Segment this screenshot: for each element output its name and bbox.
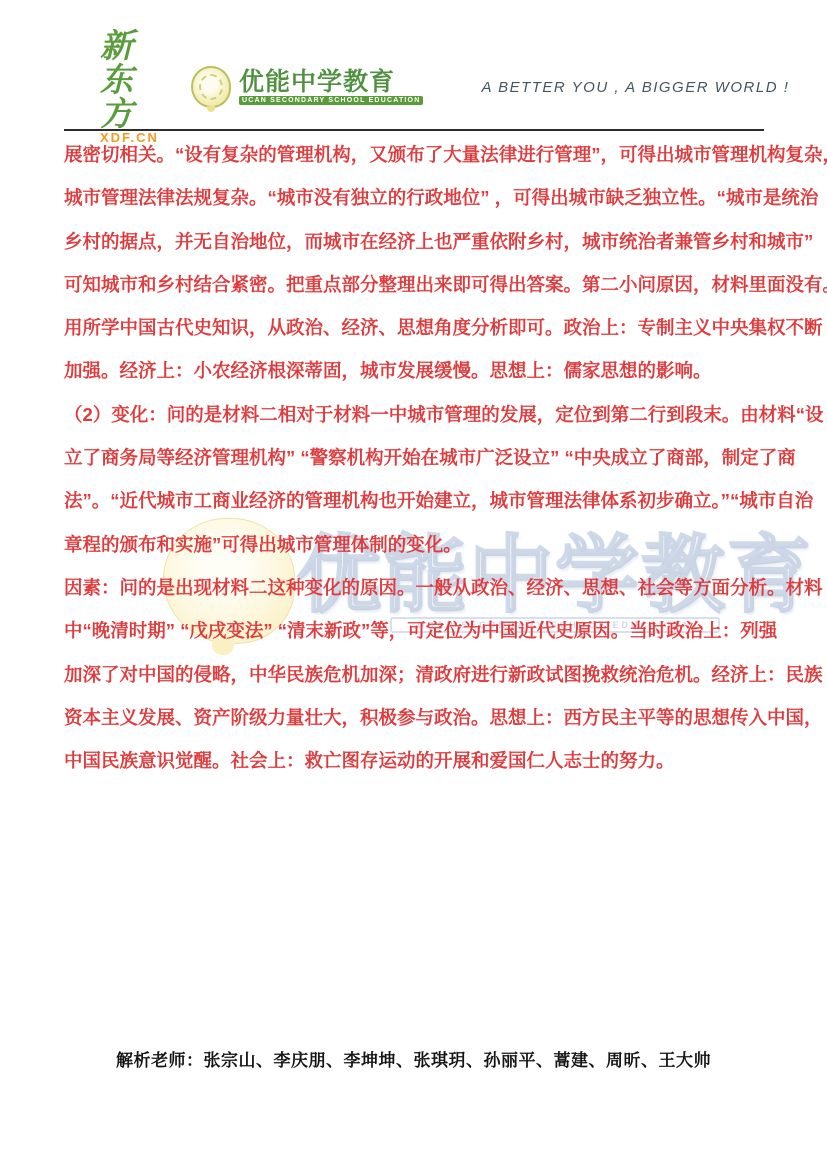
text-line: 加深了对中国的侵略，中华民族危机加深；清政府进行新政试图挽救统治危机。经济上：民… <box>64 653 764 696</box>
text-line: 加强。经济上：小农经济根深蒂固，城市发展缓慢。思想上：儒家思想的影响。 <box>64 349 764 392</box>
text-line: 立了商务局等经济管理机构” “警察机构开始在城市广泛设立” “中央成立了商部，制… <box>64 436 764 479</box>
text-line: 用所学中国古代史知识，从政治、经济、思想角度分析即可。政治上：专制主义中央集权不… <box>64 306 764 349</box>
youneng-lantern-icon <box>191 66 231 108</box>
youneng-logo: 优能中学教育 UCAN SECONDARY SCHOOL EDUCATION <box>191 66 424 108</box>
text-line: 展密切相关。“设有复杂的管理机构，又颁布了大量法律进行管理”，可得出城市管理机构… <box>64 133 764 176</box>
brand-tagline: A BETTER YOU , A BIGGER WORLD ! <box>481 79 789 96</box>
analysis-text: 展密切相关。“设有复杂的管理机构，又颁布了大量法律进行管理”，可得出城市管理机构… <box>64 133 764 782</box>
text-line: （2）变化：问的是材料二相对于材料一中城市管理的发展，定位到第二行到段末。由材料… <box>64 393 764 436</box>
text-line: 章程的颁布和实施”可得出城市管理体制的变化。 <box>64 523 764 566</box>
header-divider <box>64 129 764 131</box>
document-page: 新东方 XDF.CN 优能中学教育 UCAN SECONDARY SCHOOL … <box>0 0 827 1169</box>
text-line: 资本主义发展、资产阶级力量壮大，积极参与政治。思想上：西方民主平等的思想传入中国… <box>64 696 764 739</box>
teachers-credit-line: 解析老师：张宗山、李庆朋、李坤坤、张琪玥、孙丽平、蒿建、周昕、王大帅 <box>0 1046 827 1071</box>
text-line: 中“晚清时期” “戊戌变法” “清末新政”等，可定位为中国近代史原因。当时政治上… <box>64 609 764 652</box>
text-line: 可知城市和乡村结合紧密。把重点部分整理出来即可得出答案。第二小问原因，材料里面没… <box>64 263 764 306</box>
xdf-logo-text: 新东方 <box>100 29 161 131</box>
youneng-logo-text: 优能中学教育 <box>239 69 424 96</box>
text-line: 中国民族意识觉醒。社会上：救亡图存运动的开展和爱国仁人志士的努力。 <box>64 739 764 782</box>
text-line: 法”。“近代城市工商业经济的管理机构也开始建立，城市管理法律体系初步确立。”“城… <box>64 479 764 522</box>
text-line: 因素：问的是出现材料二这种变化的原因。一般从政治、经济、思想、社会等方面分析。材… <box>64 566 764 609</box>
text-line: 城市管理法律法规复杂。“城市没有独立的行政地位” ，可得出城市缺乏独立性。“城市… <box>64 176 764 219</box>
youneng-logo-subtitle: UCAN SECONDARY SCHOOL EDUCATION <box>239 96 424 105</box>
text-line: 乡村的据点，并无自治地位，而城市在经济上也严重依附乡村，城市统治者兼管乡村和城市… <box>64 220 764 263</box>
xdf-logo: 新东方 XDF.CN <box>100 29 161 145</box>
page-header: 新东方 XDF.CN 优能中学教育 UCAN SECONDARY SCHOOL … <box>100 56 767 118</box>
youneng-logo-text-block: 优能中学教育 UCAN SECONDARY SCHOOL EDUCATION <box>239 69 424 105</box>
